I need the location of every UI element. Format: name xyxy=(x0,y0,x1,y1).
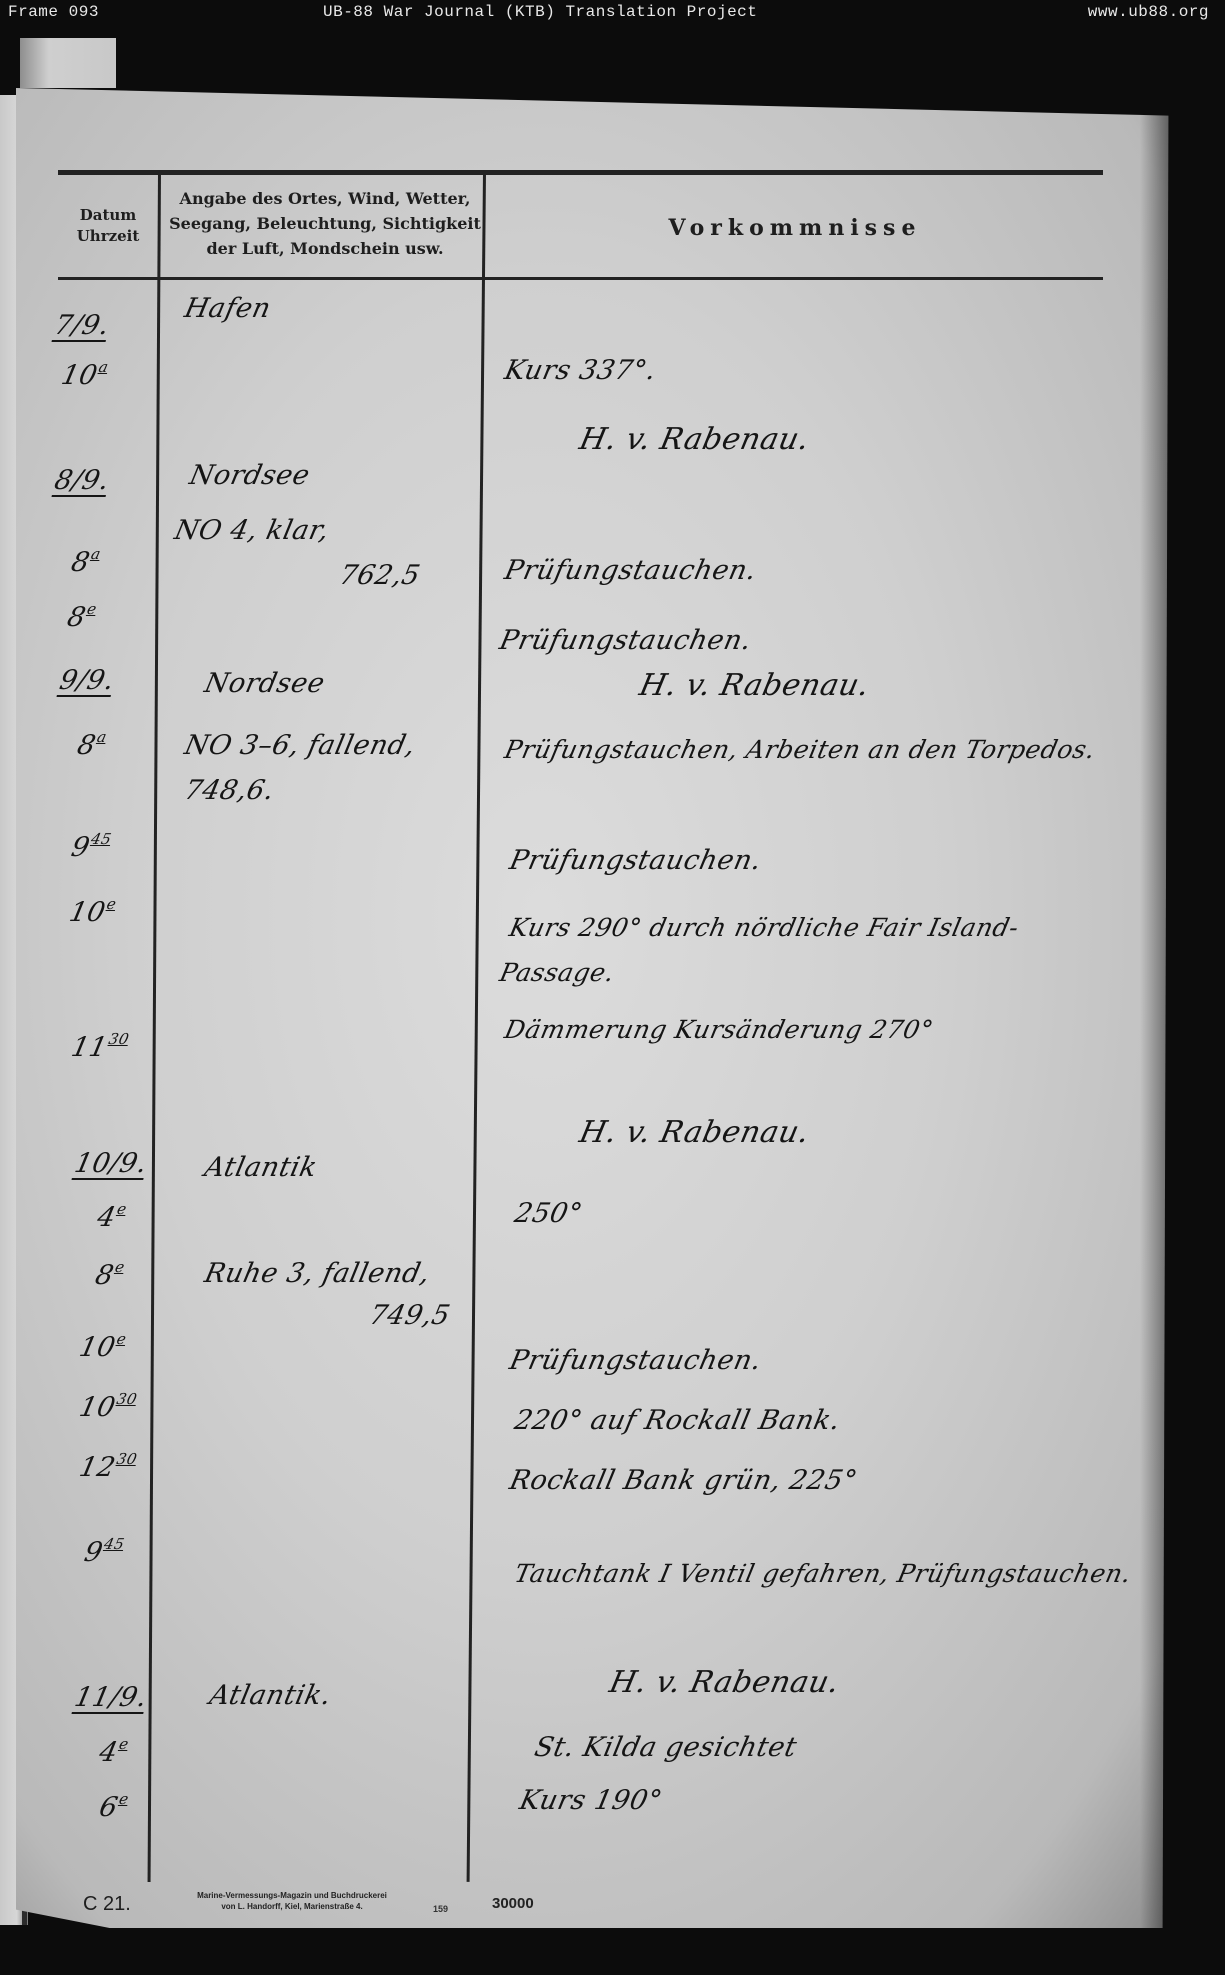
entry-event: St. Kilda gesichtet xyxy=(532,1732,800,1763)
entry-time: 10e xyxy=(66,895,118,928)
commander-signature: H. v. Rabenau. xyxy=(636,668,872,703)
entry-place-detail: NO 4, klar, xyxy=(172,515,332,546)
entry-time: 1030 xyxy=(76,1390,138,1423)
entry-date: 8/9. xyxy=(52,465,113,496)
entry-time: 945 xyxy=(68,830,113,863)
page-shadow xyxy=(1140,88,1225,1928)
entry-date: 9/9. xyxy=(57,665,118,696)
header-top-rule xyxy=(58,170,1103,175)
entry-event: Kurs 290° durch nördliche Fair Island-Pa… xyxy=(495,905,1134,995)
commander-signature: H. v. Rabenau. xyxy=(606,1665,842,1700)
header-date-label: Datum xyxy=(58,205,158,226)
entry-event: Rockall Bank grün, 225° xyxy=(507,1465,861,1496)
entry-place-detail: NO 3–6, fallend, xyxy=(182,730,419,761)
commander-signature: H. v. Rabenau. xyxy=(576,1115,812,1150)
header-events: Vorkommnisse xyxy=(490,215,1100,241)
entry-event: Prüfungstauchen, Arbeiten an den Torpedo… xyxy=(502,735,1098,764)
entry-event: Prüfungstauchen. xyxy=(502,555,760,586)
film-leader-tab xyxy=(20,38,116,88)
project-title: UB-88 War Journal (KTB) Translation Proj… xyxy=(323,3,757,21)
header-time-label: Uhrzeit xyxy=(58,226,158,247)
print-code: 159 xyxy=(433,1904,448,1914)
header-bottom-rule xyxy=(58,277,1103,280)
entry-place: Nordsee xyxy=(187,460,313,491)
entry-place-detail: 762,5 xyxy=(337,560,423,591)
entry-date: 11/9. xyxy=(72,1682,150,1713)
entry-time: 10a xyxy=(58,358,110,391)
entry-event: Prüfungstauchen. xyxy=(497,625,755,656)
entry-place: Atlantik. xyxy=(207,1680,335,1711)
frame-number: Frame 093 xyxy=(8,3,99,21)
entry-event: Dämmerung Kursänderung 270° xyxy=(500,1005,1071,1055)
header-date-time: Datum Uhrzeit xyxy=(58,205,158,247)
entry-date: 7/9. xyxy=(52,310,113,341)
commander-signature: H. v. Rabenau. xyxy=(576,422,812,457)
entry-time: 1130 xyxy=(68,1030,130,1063)
entry-place: Atlantik xyxy=(202,1152,320,1183)
entry-place-detail: 749,5 xyxy=(367,1300,453,1331)
entry-place-detail: Ruhe 3, fallend, xyxy=(202,1258,433,1289)
entry-time: 1230 xyxy=(76,1450,138,1483)
print-run: 30000 xyxy=(492,1895,534,1912)
form-number: C 21. xyxy=(83,1893,131,1916)
entry-place-detail: 748,6. xyxy=(182,775,277,806)
viewer-header: Frame 093 UB-88 War Journal (KTB) Transl… xyxy=(0,0,1225,28)
entry-time: 945 xyxy=(81,1535,126,1568)
entry-event: 220° auf Rockall Bank. xyxy=(512,1405,844,1436)
printer-line: Marine-Vermessungs-Magazin und Buchdruck… xyxy=(162,1890,422,1901)
header-place-line: Seegang, Beleuchtung, Sichtigkeit xyxy=(165,211,485,236)
entry-place: Hafen xyxy=(182,293,274,324)
printer-imprint: Marine-Vermessungs-Magazin und Buchdruck… xyxy=(162,1890,422,1912)
entry-time: 10e xyxy=(76,1330,128,1363)
printer-line: von L. Handorff, Kiel, Marienstraße 4. xyxy=(162,1901,422,1912)
header-place-line: Angabe des Ortes, Wind, Wetter, xyxy=(165,186,485,211)
website-link[interactable]: www.ub88.org xyxy=(1088,3,1209,21)
entry-event: Prüfungstauchen. xyxy=(507,1345,765,1376)
entry-event: 250° xyxy=(512,1198,586,1229)
header-place-line: der Luft, Mondschein usw. xyxy=(165,236,485,261)
entry-event: Prüfungstauchen. xyxy=(507,845,765,876)
entry-event: Tauchtank I Ventil gefahren, Prüfungstau… xyxy=(510,1550,1150,1598)
entry-place: Nordsee xyxy=(202,668,328,699)
header-place-weather: Angabe des Ortes, Wind, Wetter, Seegang,… xyxy=(165,186,485,261)
entry-event: Kurs 337°. xyxy=(502,355,660,386)
entry-event: Kurs 190° xyxy=(517,1785,665,1816)
entry-date: 10/9. xyxy=(72,1148,150,1179)
